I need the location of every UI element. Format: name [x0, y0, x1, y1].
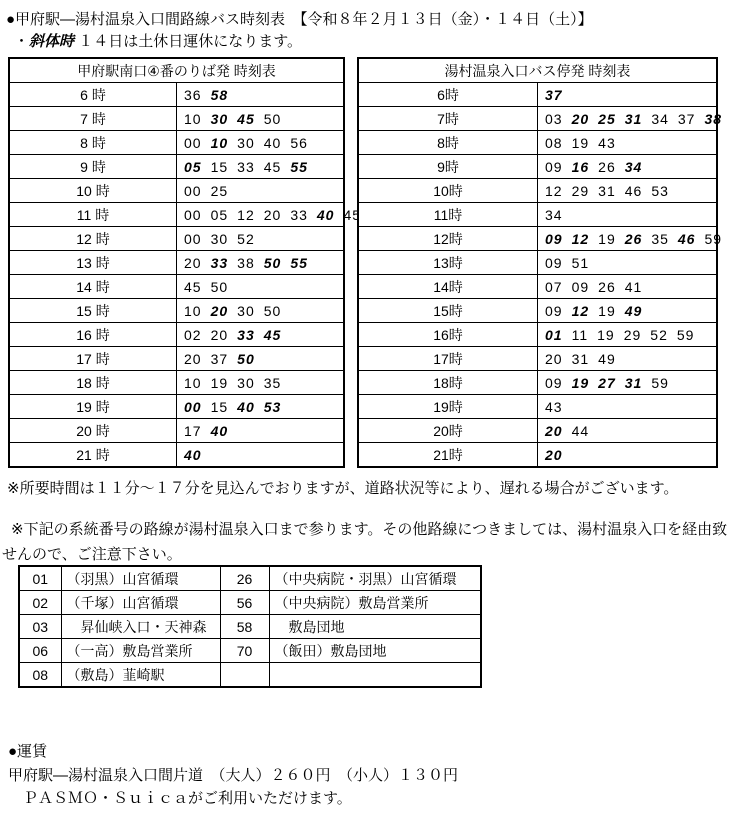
- minute: 10: [184, 375, 202, 391]
- route-name-cell: 敷島団地: [269, 615, 481, 639]
- minute: 59: [677, 327, 695, 343]
- timetable-row: 10 時0025: [9, 179, 344, 203]
- route-name-cell: （中央病院・羽黒）山宮循環: [269, 566, 481, 591]
- hour-cell: 21時: [358, 443, 538, 468]
- minute-italic-weekday-only: 01: [545, 327, 563, 343]
- minute-italic-weekday-only: 20: [211, 303, 229, 319]
- route-number-table: 01（羽黒）山宮循環26（中央病院・羽黒）山宮循環02（千塚）山宮循環56（中央…: [18, 565, 482, 688]
- minute: 51: [572, 255, 590, 271]
- minutes-cell: 09121949: [538, 299, 718, 323]
- hour-cell: 16時: [358, 323, 538, 347]
- minute: 33: [290, 207, 308, 223]
- hour-cell: 14時: [358, 275, 538, 299]
- timetable-kofu-station-departures: 甲府駅南口④番のりば発 時刻表6 時36587 時103045508 時0010…: [8, 57, 345, 468]
- minute: 12: [237, 207, 255, 223]
- minute: 00: [184, 135, 202, 151]
- minute-italic-weekday-only: 00: [184, 399, 202, 415]
- route-name-cell: （羽黒）山宮循環: [61, 566, 220, 591]
- route-name-cell: （一高）敷島営業所: [61, 639, 220, 663]
- hour-cell: 6時: [358, 83, 538, 107]
- hour-cell: 8時: [358, 131, 538, 155]
- minute: 30: [211, 231, 229, 247]
- minute-italic-weekday-only: 20: [545, 447, 563, 463]
- minute: 02: [184, 327, 202, 343]
- legend-bullet: ・: [14, 33, 29, 50]
- timetable-row: 15 時10203050: [9, 299, 344, 323]
- hour-cell: 6 時: [9, 83, 177, 107]
- timetable-row: 13 時2033385055: [9, 251, 344, 275]
- route-number-cell: 06: [19, 639, 61, 663]
- hour-cell: 16 時: [9, 323, 177, 347]
- hour-cell: 15時: [358, 299, 538, 323]
- route-row: 03 昇仙峡入口・天神森58 敷島団地: [19, 615, 481, 639]
- minute: 49: [598, 351, 616, 367]
- hour-cell: 9時: [358, 155, 538, 179]
- route-number-cell: 58: [220, 615, 269, 639]
- minute: 29: [572, 183, 590, 199]
- hour-cell: 13 時: [9, 251, 177, 275]
- minute-italic-weekday-only: 33: [211, 255, 229, 271]
- timetable-row: 21時20: [358, 443, 717, 468]
- minute-italic-weekday-only: 45: [237, 111, 255, 127]
- legend-note-text: １４日は土休日運休になります。: [74, 33, 302, 50]
- minute: 34: [545, 207, 563, 223]
- minute: 09: [545, 303, 563, 319]
- minute-italic-weekday-only: 10: [211, 135, 229, 151]
- minute: 19: [597, 327, 615, 343]
- minute: 44: [572, 423, 590, 439]
- minute-italic-weekday-only: 09: [545, 231, 563, 247]
- minute-italic-weekday-only: 46: [678, 231, 696, 247]
- minute: 00: [184, 183, 202, 199]
- minute: 56: [290, 135, 308, 151]
- legend-italic-term: 斜体時: [29, 33, 74, 50]
- hour-cell: 9 時: [9, 155, 177, 179]
- route-row: 06（一高）敷島営業所70（飯田）敷島団地: [19, 639, 481, 663]
- minute-italic-weekday-only: 20: [572, 111, 590, 127]
- minute: 41: [625, 279, 643, 295]
- minute-italic-weekday-only: 50: [264, 255, 282, 271]
- route-name-cell: （飯田）敷島団地: [269, 639, 481, 663]
- timetable-row: 17 時203750: [9, 347, 344, 371]
- route-row: 01（羽黒）山宮循環26（中央病院・羽黒）山宮循環: [19, 566, 481, 591]
- hour-cell: 7時: [358, 107, 538, 131]
- route-number-cell: 01: [19, 566, 61, 591]
- minute: 45: [184, 279, 202, 295]
- hour-cell: 18時: [358, 371, 538, 395]
- hour-cell: 19 時: [9, 395, 177, 419]
- minute-italic-weekday-only: 55: [290, 159, 308, 175]
- minute: 09: [545, 159, 563, 175]
- timetable-row: 9時09162634: [358, 155, 717, 179]
- minute: 05: [211, 207, 229, 223]
- timetable-row: 21 時40: [9, 443, 344, 468]
- minutes-cell: 20: [538, 443, 718, 468]
- minutes-cell: 203149: [538, 347, 718, 371]
- timetable-row: 10時1229314653: [358, 179, 717, 203]
- hour-cell: 19時: [358, 395, 538, 419]
- minute-italic-weekday-only: 16: [572, 159, 590, 175]
- hour-cell: 18 時: [9, 371, 177, 395]
- minute: 26: [598, 159, 616, 175]
- minutes-cell: 02203345: [177, 323, 345, 347]
- page-title: ●甲府駅―湯村温泉入口間路線バス時刻表 【令和８年２月１３日（金）・１４日（土）…: [6, 8, 593, 29]
- route-number-cell: 08: [19, 663, 61, 688]
- hour-cell: 21 時: [9, 443, 177, 468]
- minute: 37: [678, 111, 696, 127]
- note-route-numbers-line2: せんので、ご注意下さい。: [2, 543, 182, 564]
- minute: 00: [184, 231, 202, 247]
- minute: 09: [545, 255, 563, 271]
- minute: 30: [237, 135, 255, 151]
- minute: 34: [651, 111, 669, 127]
- route-name-cell: 昇仙峡入口・天神森: [61, 615, 220, 639]
- minute: 20: [264, 207, 282, 223]
- timetable-row: 18 時10193035: [9, 371, 344, 395]
- minute: 08: [545, 135, 563, 151]
- minutes-cell: 3658: [177, 83, 345, 107]
- minute: 09: [572, 279, 590, 295]
- minute: 59: [651, 375, 669, 391]
- route-number-cell: 03: [19, 615, 61, 639]
- minute-italic-weekday-only: 50: [237, 351, 255, 367]
- minute: 37: [211, 351, 229, 367]
- minute-italic-weekday-only: 53: [264, 399, 282, 415]
- timetable-row: 9 時0515334555: [9, 155, 344, 179]
- minute: 19: [211, 375, 229, 391]
- minute: 50: [264, 303, 282, 319]
- hour-cell: 15 時: [9, 299, 177, 323]
- hour-cell: 12時: [358, 227, 538, 251]
- timetable-row: 19時43: [358, 395, 717, 419]
- minutes-cell: 0919273159: [538, 371, 718, 395]
- timetable-row: 20時2044: [358, 419, 717, 443]
- route-name-cell: （中央病院）敷島営業所: [269, 591, 481, 615]
- minute-italic-weekday-only: 55: [290, 255, 308, 271]
- route-name-cell: [269, 663, 481, 688]
- minute: 52: [237, 231, 255, 247]
- hour-cell: 11 時: [9, 203, 177, 227]
- route-number-cell: 70: [220, 639, 269, 663]
- route-number-cell: [220, 663, 269, 688]
- route-row: 08（敷島）韮崎駅: [19, 663, 481, 688]
- minutes-cell: 10193035: [177, 371, 345, 395]
- minute: 31: [598, 183, 616, 199]
- timetable-row: 7時03202531343738395659: [358, 107, 717, 131]
- minute: 17: [184, 423, 202, 439]
- timetable-row: 12 時003052: [9, 227, 344, 251]
- minutes-cell: 203750: [177, 347, 345, 371]
- minutes-cell: 00154053: [177, 395, 345, 419]
- minutes-cell: 0515334555: [177, 155, 345, 179]
- timetable-row: 6 時3658: [9, 83, 344, 107]
- fare-ic-card-line: ＰＡＳＭＯ・Ｓｕｉｃａがご利用いただけます。: [8, 787, 352, 808]
- minute-italic-weekday-only: 31: [625, 375, 643, 391]
- note-route-numbers-line1: ※下記の系統番号の路線が湯村温泉入口まで参ります。その他路線につきましては、湯村…: [11, 518, 730, 539]
- route-number-cell: 26: [220, 566, 269, 591]
- minute: 25: [211, 183, 229, 199]
- minute: 30: [237, 375, 255, 391]
- minute: 35: [264, 375, 282, 391]
- hour-cell: 12 時: [9, 227, 177, 251]
- minute: 15: [211, 159, 229, 175]
- minutes-cell: 34: [538, 203, 718, 227]
- note-required-time: ※所要時間は１１分～１７分を見込んでおりますが、道路状況等により、遅れる場合がご…: [7, 477, 678, 498]
- hour-cell: 20時: [358, 419, 538, 443]
- minute: 00: [184, 207, 202, 223]
- timetable-row: 11 時00051220334045: [9, 203, 344, 227]
- minute: 20: [184, 255, 202, 271]
- italic-legend-note: ・斜体時 １４日は土休日運休になります。: [14, 30, 302, 51]
- minute-italic-weekday-only: 12: [572, 231, 590, 247]
- minute: 33: [237, 159, 255, 175]
- minute: 50: [211, 279, 229, 295]
- minute-italic-weekday-only: 19: [572, 375, 590, 391]
- minute-italic-weekday-only: 38: [704, 111, 722, 127]
- timetable-title: 湯村温泉入口バス停発 時刻表: [358, 58, 717, 83]
- minute: 03: [545, 111, 563, 127]
- hour-cell: 8 時: [9, 131, 177, 155]
- bus-timetable-document: { "colors": {"text": "#000000", "backgro…: [0, 0, 730, 816]
- minute: 36: [184, 87, 202, 103]
- minute: 10: [184, 303, 202, 319]
- minute-italic-weekday-only: 34: [625, 159, 643, 175]
- timetable-row: 11時34: [358, 203, 717, 227]
- minute: 53: [651, 183, 669, 199]
- minute: 38: [237, 255, 255, 271]
- fare-heading: ●運賃: [8, 740, 47, 761]
- minute-italic-weekday-only: 30: [211, 111, 229, 127]
- minute-italic-weekday-only: 05: [184, 159, 202, 175]
- minutes-cell: 0025: [177, 179, 345, 203]
- timetable-row: 12時09121926354659: [358, 227, 717, 251]
- minute: 45: [264, 159, 282, 175]
- minutes-cell: 03202531343738395659: [538, 107, 718, 131]
- minute-italic-weekday-only: 26: [625, 231, 643, 247]
- hour-cell: 7 時: [9, 107, 177, 131]
- minute-italic-weekday-only: 58: [211, 87, 229, 103]
- minutes-cell: 00051220334045: [177, 203, 345, 227]
- timetable-yumura-onsen-departures: 湯村温泉入口バス停発 時刻表6時377時03202531343738395659…: [357, 57, 718, 468]
- minute: 10: [184, 111, 202, 127]
- minute-italic-weekday-only: 45: [264, 327, 282, 343]
- minutes-cell: 081943: [538, 131, 718, 155]
- minute-italic-weekday-only: 49: [625, 303, 643, 319]
- timetable-row: 8時081943: [358, 131, 717, 155]
- minutes-cell: 003052: [177, 227, 345, 251]
- minutes-cell: 0010304056: [177, 131, 345, 155]
- minute: 52: [650, 327, 668, 343]
- hour-cell: 20 時: [9, 419, 177, 443]
- minutes-cell: 011119295259: [538, 323, 718, 347]
- hour-cell: 14 時: [9, 275, 177, 299]
- minutes-cell: 10304550: [177, 107, 345, 131]
- hour-cell: 10時: [358, 179, 538, 203]
- hour-cell: 13時: [358, 251, 538, 275]
- minute: 20: [545, 351, 563, 367]
- minute: 46: [625, 183, 643, 199]
- route-number-cell: 02: [19, 591, 61, 615]
- minutes-cell: 10203050: [177, 299, 345, 323]
- timetable-row: 7 時10304550: [9, 107, 344, 131]
- timetable-row: 16 時02203345: [9, 323, 344, 347]
- minutes-cell: 4550: [177, 275, 345, 299]
- minute-italic-weekday-only: 40: [184, 447, 202, 463]
- minute: 59: [704, 231, 722, 247]
- minute-italic-weekday-only: 40: [317, 207, 335, 223]
- timetable-row: 14時07092641: [358, 275, 717, 299]
- minute-italic-weekday-only: 27: [598, 375, 616, 391]
- minutes-cell: 0951: [538, 251, 718, 275]
- minutes-cell: 09121926354659: [538, 227, 718, 251]
- route-row: 02（千塚）山宮循環56（中央病院）敷島営業所: [19, 591, 481, 615]
- route-number-cell: 56: [220, 591, 269, 615]
- minutes-cell: 2044: [538, 419, 718, 443]
- minute: 20: [211, 327, 229, 343]
- timetable-row: 18時0919273159: [358, 371, 717, 395]
- minute: 19: [598, 231, 616, 247]
- minute: 26: [598, 279, 616, 295]
- hour-cell: 17 時: [9, 347, 177, 371]
- minute-italic-weekday-only: 37: [545, 87, 563, 103]
- minute: 50: [264, 111, 282, 127]
- timetable-row: 8 時0010304056: [9, 131, 344, 155]
- minutes-cell: 07092641: [538, 275, 718, 299]
- minute: 19: [572, 135, 590, 151]
- minute-italic-weekday-only: 40: [211, 423, 229, 439]
- minutes-cell: 2033385055: [177, 251, 345, 275]
- minutes-cell: 37: [538, 83, 718, 107]
- minutes-cell: 43: [538, 395, 718, 419]
- minute: 29: [624, 327, 642, 343]
- timetable-title: 甲府駅南口④番のりば発 時刻表: [9, 58, 344, 83]
- minute-italic-weekday-only: 25: [598, 111, 616, 127]
- timetable-row: 13時0951: [358, 251, 717, 275]
- minute: 07: [545, 279, 563, 295]
- timetable-row: 20 時1740: [9, 419, 344, 443]
- timetable-row: 6時37: [358, 83, 717, 107]
- minute-italic-weekday-only: 20: [545, 423, 563, 439]
- hour-cell: 11時: [358, 203, 538, 227]
- hour-cell: 17時: [358, 347, 538, 371]
- hour-cell: 10 時: [9, 179, 177, 203]
- minute: 31: [572, 351, 590, 367]
- minute-italic-weekday-only: 33: [237, 327, 255, 343]
- minute: 19: [598, 303, 616, 319]
- minute: 40: [264, 135, 282, 151]
- route-name-cell: （敷島）韮崎駅: [61, 663, 220, 688]
- minute: 43: [598, 135, 616, 151]
- timetable-row: 16時011119295259: [358, 323, 717, 347]
- minute: 09: [545, 375, 563, 391]
- minute: 35: [651, 231, 669, 247]
- timetable-row: 17時203149: [358, 347, 717, 371]
- timetable-row: 19 時00154053: [9, 395, 344, 419]
- minute: 12: [545, 183, 563, 199]
- minute-italic-weekday-only: 12: [572, 303, 590, 319]
- minute: 15: [211, 399, 229, 415]
- minutes-cell: 40: [177, 443, 345, 468]
- minute-italic-weekday-only: 31: [625, 111, 643, 127]
- minute: 20: [184, 351, 202, 367]
- minute: 43: [545, 399, 563, 415]
- minute: 30: [237, 303, 255, 319]
- fare-line: 甲府駅―湯村温泉入口間片道 （大人）２６０円 （小人）１３０円: [8, 764, 458, 785]
- timetable-row: 15時09121949: [358, 299, 717, 323]
- minute-italic-weekday-only: 40: [237, 399, 255, 415]
- timetable-row: 14 時4550: [9, 275, 344, 299]
- minutes-cell: 09162634: [538, 155, 718, 179]
- minutes-cell: 1740: [177, 419, 345, 443]
- minute: 11: [572, 327, 589, 343]
- minutes-cell: 1229314653: [538, 179, 718, 203]
- route-name-cell: （千塚）山宮循環: [61, 591, 220, 615]
